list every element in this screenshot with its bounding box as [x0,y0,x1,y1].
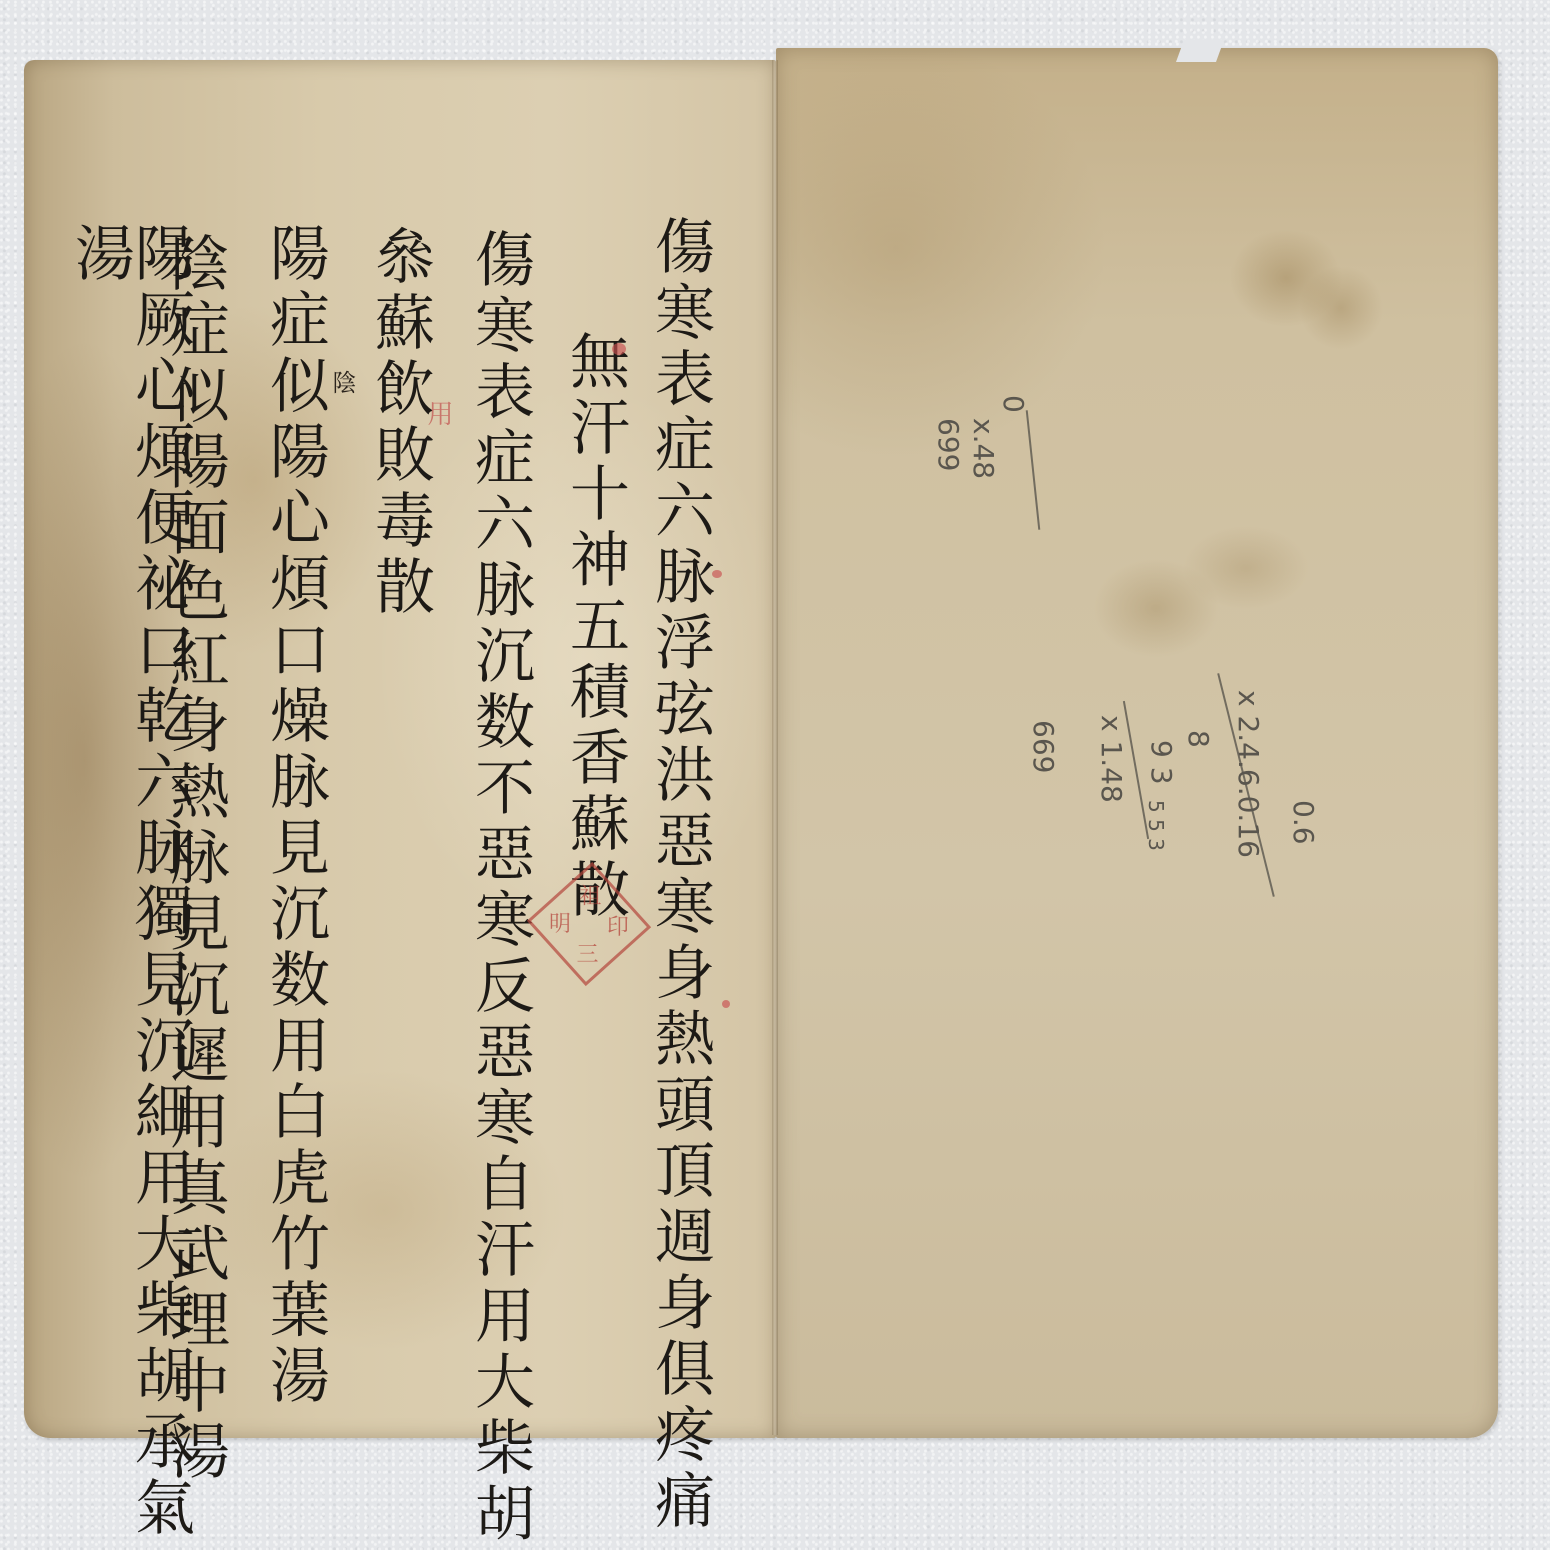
pencil-note: 669 [1027,720,1060,773]
seal-char: 印 [597,910,638,941]
text-column-1: 傷寒表症六脉浮弦洪惡寒身熱頭頂週身俱疼痛 [650,215,710,1535]
torn-edge [1176,40,1224,62]
text-column-2: 無汗十神五積香蘇散 [565,330,625,924]
pencil-note: x 2.4.6.0.16 [1232,690,1265,858]
text-column-7: 陽厥心煩便祕口乾六脉獨見沉細用大柴胡承氣湯 [70,222,190,1550]
red-dot [712,570,722,578]
red-dot [612,343,626,355]
pencil-note: 8 [1182,730,1215,748]
right-page [776,48,1498,1438]
seal-char: 明 [540,907,581,938]
manuscript-spread: 傷寒表症六脉浮弦洪惡寒身熱頭頂週身俱疼痛 無汗十神五積香蘇散 傷寒表症六脉沉数不… [0,0,1550,1550]
seal-char: 祖 [570,880,611,911]
book-spine-fold [772,60,778,1435]
pencil-note: x 1.48 [1095,715,1128,803]
pencil-note: 0.6 [1287,800,1320,845]
seal-char: 三 [567,937,608,968]
pencil-note: 9 3 [1145,740,1178,785]
pencil-note: 5 5 3 [1144,800,1168,851]
text-column-3: 傷寒表症六脉沉数不惡寒反惡寒自汗用大柴胡 [470,228,530,1548]
pencil-note: 699 [932,418,965,471]
text-column-5: 陽症似陽心煩口燥脉見沉数用白虎竹葉湯 [265,222,325,1410]
red-ink-mark: 用 [420,400,457,426]
pencil-note: x.48 [967,418,1000,479]
red-dot [722,1000,730,1008]
marginal-annotation: 陰 [325,370,360,394]
